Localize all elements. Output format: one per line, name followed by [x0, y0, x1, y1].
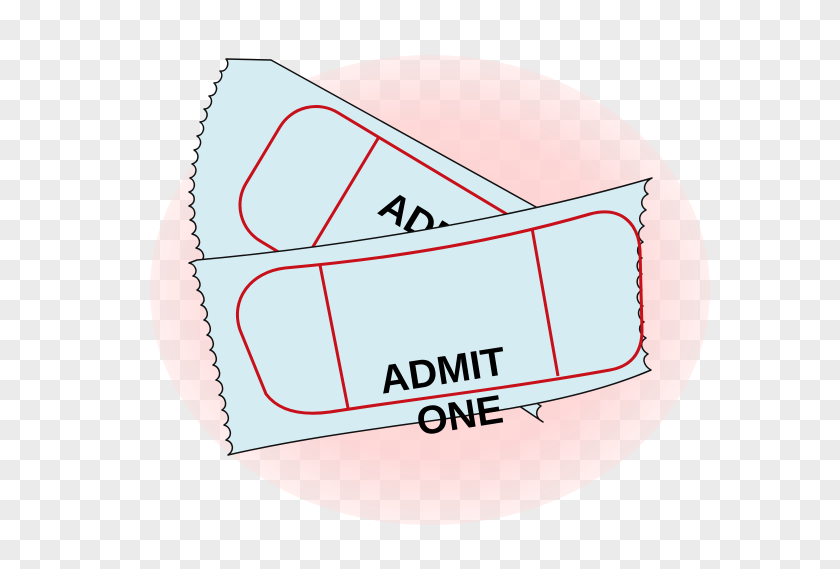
tickets-svg: ADMIT ONE ADMIT ONE — [0, 0, 840, 569]
ticket-illustration: ADMIT ONE ADMIT ONE — [0, 0, 840, 569]
